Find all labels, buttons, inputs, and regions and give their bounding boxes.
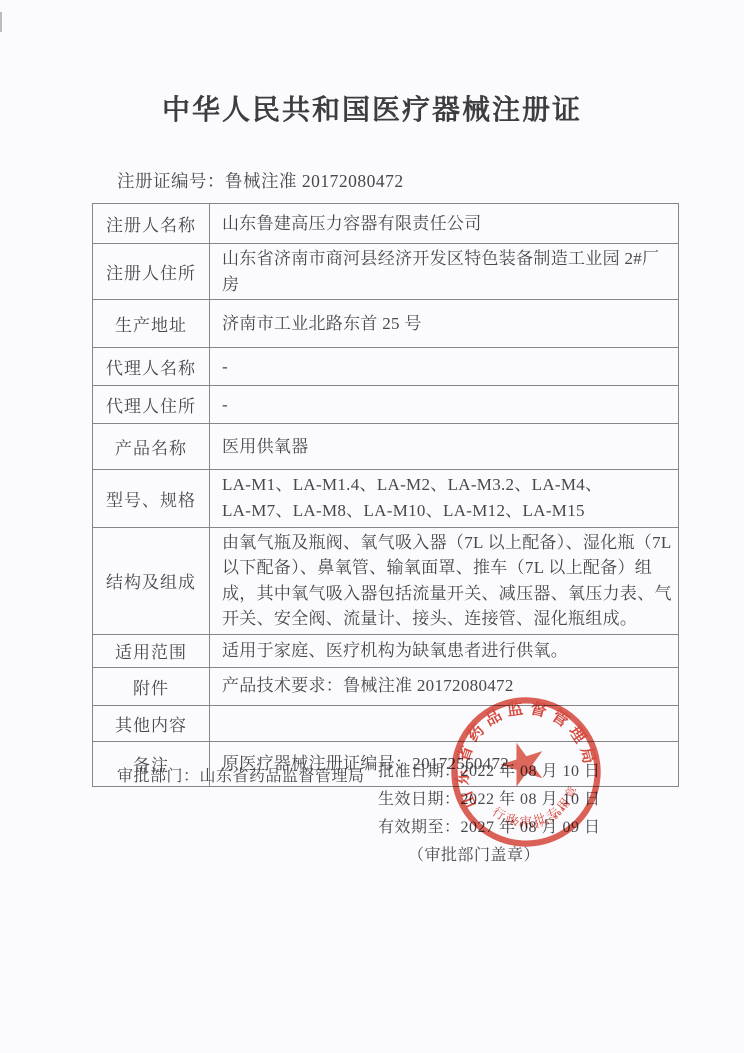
table-row: 代理人住所 - [93, 386, 679, 424]
registration-number-label: 注册证编号： [117, 171, 225, 191]
field-label: 附件 [93, 667, 210, 705]
approval-department-value: 山东省药品监督管理局 [200, 768, 365, 785]
field-value: 山东鲁建高压力容器有限责任公司 [210, 204, 679, 244]
field-value: 济南市工业北路东首 25 号 [210, 300, 679, 348]
seal-star-icon [496, 736, 551, 789]
field-label: 其他内容 [93, 705, 210, 741]
registration-number-value: 鲁械注准 20172080472 [225, 171, 404, 191]
table-row: 代理人名称 - [93, 348, 679, 386]
approval-department-label: 审批部门： [117, 768, 200, 785]
field-label: 注册人名称 [93, 204, 210, 244]
field-label: 型号、规格 [93, 470, 210, 528]
field-label: 注册人住所 [93, 244, 210, 300]
approval-department-line: 审批部门：山东省药品监督管理局 [117, 763, 365, 786]
field-value [210, 705, 679, 741]
seal-middle-text: 行政审批专用章 [487, 777, 590, 840]
field-value: LA-M1、LA-M1.4、LA-M2、LA-M3.2、LA-M4、 LA-M7… [210, 470, 679, 528]
field-label: 产品名称 [93, 424, 210, 470]
field-label: 代理人名称 [93, 348, 210, 386]
field-label: 代理人住所 [93, 386, 210, 424]
official-seal-stamp: 山东省药品监督管理局 行政审批专用章 3701027550040 [449, 695, 603, 849]
certificate-page: 中华人民共和国医疗器械注册证 注册证编号：鲁械注准 20172080472 注册… [0, 0, 744, 1053]
field-value: 产品技术要求：鲁械注准 20172080472 [210, 667, 679, 705]
field-value: - [210, 386, 679, 424]
table-row: 注册人住所 山东省济南市商河县经济开发区特色装备制造工业园 2#厂房 [93, 244, 679, 300]
field-label: 适用范围 [93, 634, 210, 667]
registration-number-line: 注册证编号：鲁械注准 20172080472 [117, 168, 404, 193]
table-row: 结构及组成 由氧气瓶及瓶阀、氧气吸入器（7L 以上配备）、湿化瓶（7L 以下配备… [93, 527, 679, 634]
table-row: 生产地址 济南市工业北路东首 25 号 [93, 300, 679, 348]
certificate-title: 中华人民共和国医疗器械注册证 [0, 88, 744, 128]
field-value: 山东省济南市商河县经济开发区特色装备制造工业园 2#厂房 [210, 244, 679, 300]
table-row: 型号、规格 LA-M1、LA-M1.4、LA-M2、LA-M3.2、LA-M4、… [93, 470, 679, 528]
scan-artifact [0, 12, 2, 32]
field-value: 医用供氧器 [210, 424, 679, 470]
field-value: 适用于家庭、医疗机构为缺氧患者进行供氧。 [210, 634, 679, 667]
table-row: 注册人名称 山东鲁建高压力容器有限责任公司 [93, 204, 679, 244]
table-row: 产品名称 医用供氧器 [93, 424, 679, 470]
field-label: 生产地址 [93, 300, 210, 348]
field-value: - [210, 348, 679, 386]
field-label: 结构及组成 [93, 527, 210, 634]
field-value: 由氧气瓶及瓶阀、氧气吸入器（7L 以上配备）、湿化瓶（7L 以下配备）、鼻氧管、… [210, 527, 679, 634]
table-row: 适用范围 适用于家庭、医疗机构为缺氧患者进行供氧。 [93, 634, 679, 667]
